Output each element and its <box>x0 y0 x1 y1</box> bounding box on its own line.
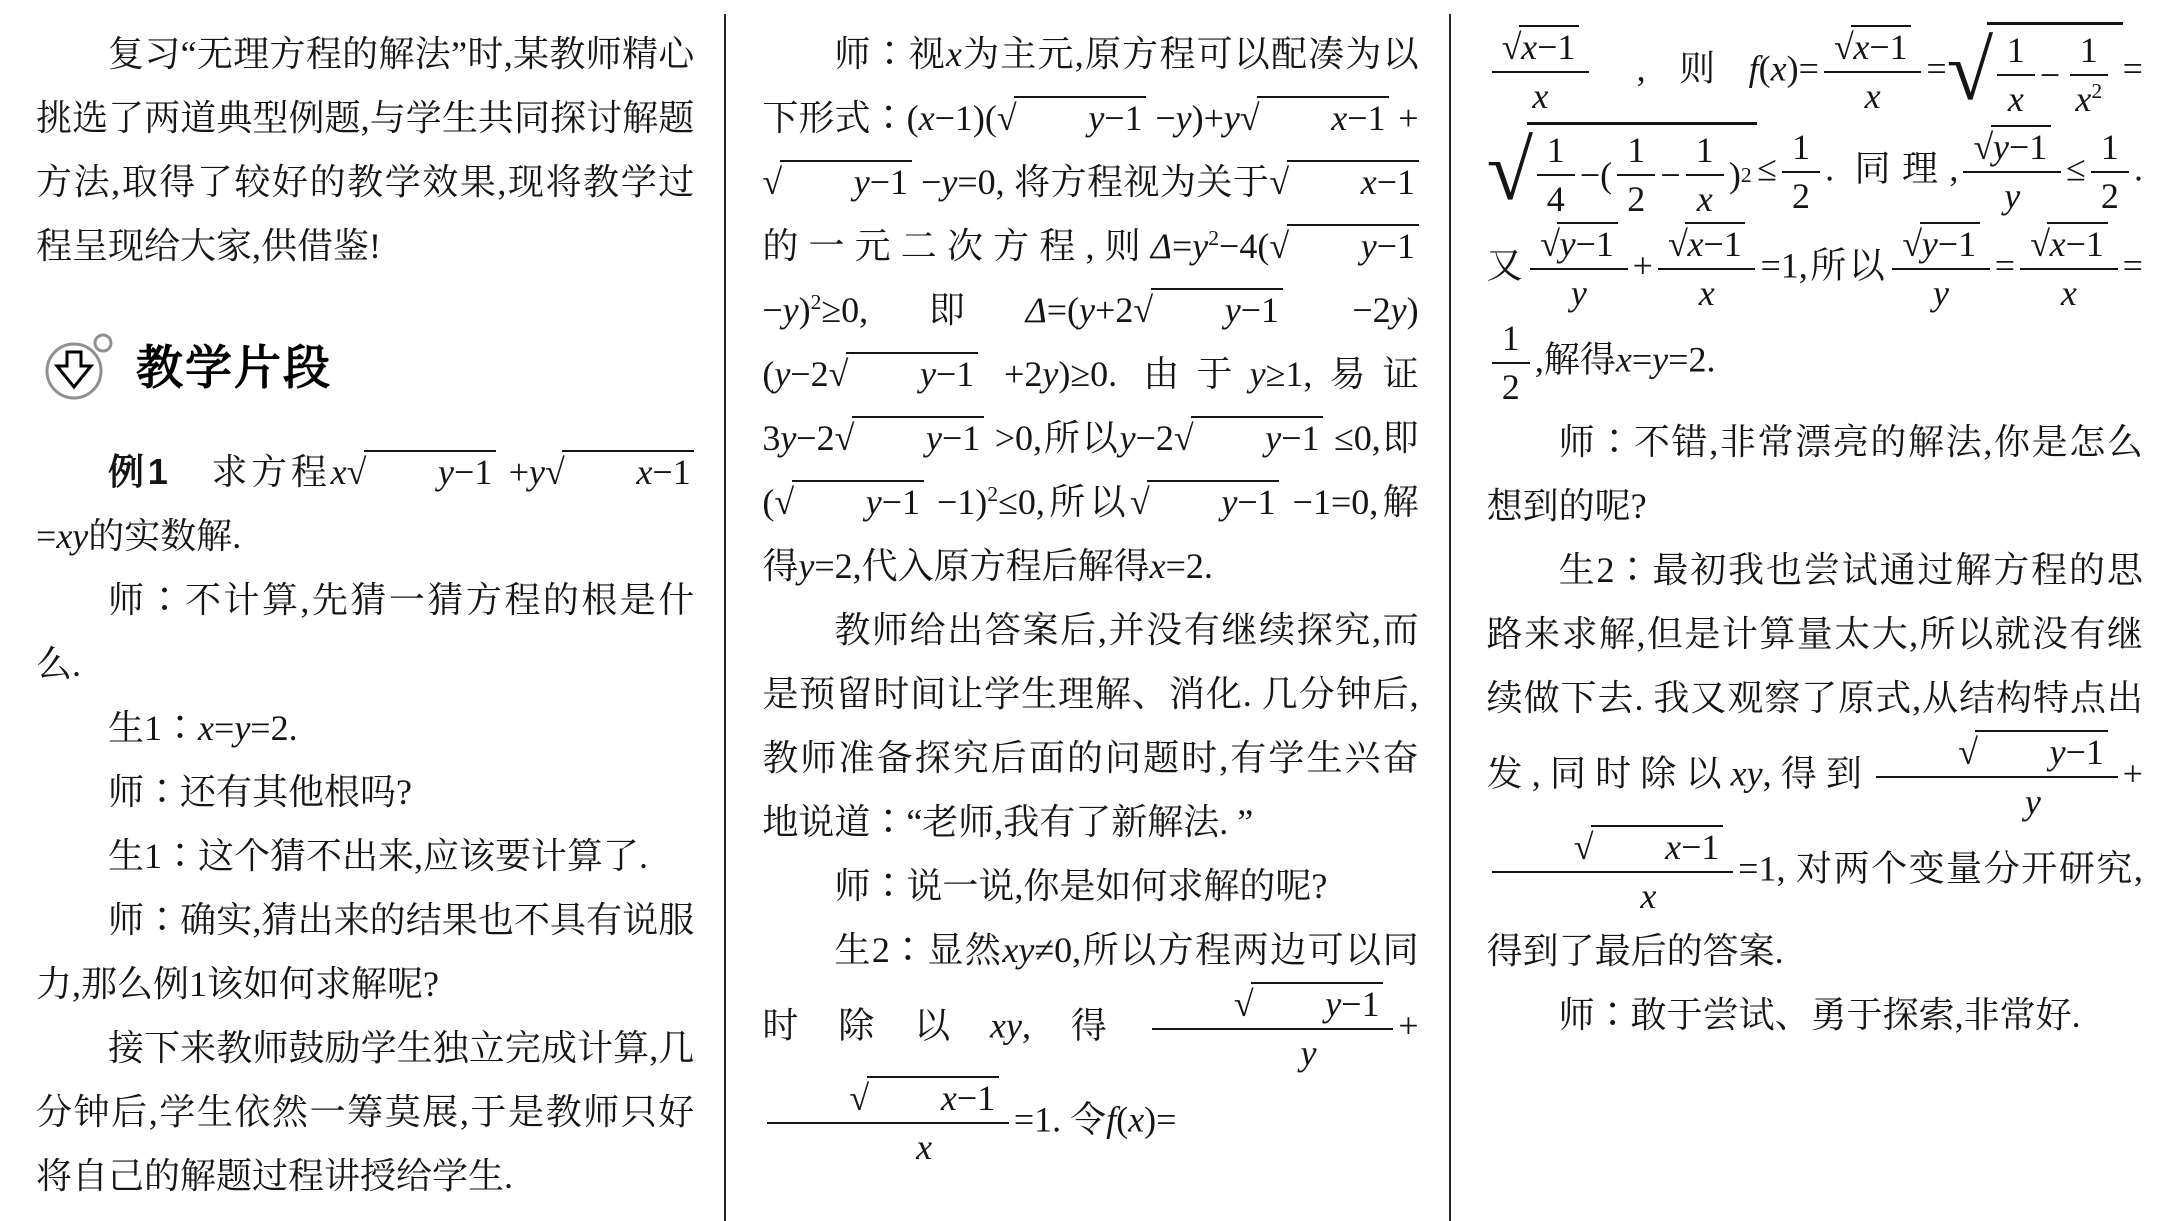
radicand: x−1 <box>1591 825 1723 868</box>
math-variable: x <box>946 34 962 74</box>
math-variable: y <box>926 418 942 458</box>
fraction-numerator: √x−1 <box>1824 25 1921 73</box>
fraction: 12 <box>1492 316 1530 410</box>
superscript: 2 <box>811 290 822 314</box>
radicand: y−1 <box>1557 222 1617 265</box>
radicand: x−1 <box>1851 25 1911 68</box>
fraction-numerator: √x−1 <box>767 1076 1008 1124</box>
radicand: y−1 <box>1920 222 1980 265</box>
circled-down-arrow-icon <box>42 332 120 402</box>
math-variable: y <box>1571 273 1587 313</box>
fraction-numerator: 1 <box>1492 316 1530 364</box>
fraction-numerator: 1 <box>2070 28 2108 76</box>
math-variable: y <box>920 354 936 394</box>
paragraph: 复习“无理方程的解法”时,某教师精心挑选了两道典型例题,与学生共同探讨解题方法,… <box>36 22 694 278</box>
fraction-numerator: 1 <box>2091 125 2129 173</box>
fraction: 14 <box>1537 128 1575 222</box>
radicand: x−1 <box>1257 96 1389 139</box>
fraction-denominator: x <box>834 1124 942 1170</box>
sqrt-expression: √x−1 <box>1240 98 1389 138</box>
math-variable: y <box>1265 418 1281 458</box>
fraction-denominator: x <box>2051 270 2087 316</box>
math-variable: x <box>1853 27 1869 67</box>
fraction: 12 <box>1617 128 1655 222</box>
radicand: y−1 <box>780 160 912 203</box>
math-variable: x <box>331 452 347 492</box>
fraction-denominator: y <box>1561 270 1597 316</box>
superscript: 2 <box>1208 226 1219 250</box>
math-variable: y <box>2004 176 2020 216</box>
radical-sign-icon: √ <box>1947 38 1993 106</box>
paragraph: √x−1x ,则f(x)=√x−1x=√1x−1x2=√14−(12−1x)2≤… <box>1487 22 2143 410</box>
math-variable: y <box>780 418 796 458</box>
sqrt-expression: √y−1 <box>1902 224 1979 264</box>
paragraph: 接下来教师鼓励学生独立完成计算,几分钟后,学生依然一筹莫展,于是教师只好将自己的… <box>36 1016 694 1208</box>
fraction-denominator: y <box>1994 173 2030 219</box>
paragraph: 教师给出答案后,并没有继续探究,而是预留时间让学生理解、消化. 几分钟后,教师准… <box>762 598 1418 854</box>
math-variable: y <box>1225 290 1241 330</box>
sqrt-expression: √y−1 <box>829 354 978 394</box>
radicand: y−1 <box>1991 125 2051 168</box>
math-variable: y <box>1088 98 1104 138</box>
math-variable: x <box>1532 76 1548 116</box>
fraction: √x−1x <box>2020 222 2117 316</box>
fraction-numerator: √x−1 <box>1492 825 1733 873</box>
math-variable: y <box>1391 290 1407 330</box>
fraction-denominator: 2 <box>2091 173 2129 219</box>
sqrt-expression: √y−1 <box>1958 732 2107 772</box>
paragraph: 师∶确实,猜出来的结果也不具有说服力,那么例1该如何求解呢? <box>36 888 694 1016</box>
column-middle: 师∶视x为主元,原方程可以配凑为以下形式∶(x−1)(√y−1 −y)+y√x−… <box>724 14 1448 1221</box>
radicand: 1x−1x2 <box>1987 22 2122 122</box>
math-variable: y <box>1361 226 1377 266</box>
radicand: y−1 <box>1147 480 1279 523</box>
fraction-denominator: 2 <box>1617 176 1655 222</box>
fraction-numerator: 1 <box>1782 125 1820 173</box>
big-sqrt-expression: √1x−1x2 <box>1947 22 2123 122</box>
math-variable: x <box>1150 546 1166 586</box>
fraction: 1x2 <box>2065 28 2112 122</box>
math-variable: y <box>1652 340 1668 380</box>
radicand: y−1 <box>792 480 924 523</box>
sqrt-expression: √y−1 <box>347 452 496 492</box>
sqrt-expression: √y−1 <box>762 162 911 202</box>
fraction-numerator: √x−1 <box>1658 222 1755 270</box>
fraction-denominator: x <box>1855 73 1891 119</box>
radicand: x−1 <box>2047 222 2107 265</box>
math-variable: y <box>1224 98 1240 138</box>
sqrt-expression: √y−1 <box>997 98 1146 138</box>
math-variable: y <box>1933 273 1949 313</box>
fraction: 12 <box>2091 125 2129 219</box>
radicand: x−1 <box>1685 222 1745 265</box>
sqrt-expression: √y−1 <box>1974 127 2051 167</box>
math-variable: x <box>1361 162 1377 202</box>
math-variable: y <box>2025 782 2041 822</box>
fraction-denominator: x <box>1522 73 1558 119</box>
sqrt-expression: √y−1 <box>1130 482 1279 522</box>
math-variable: y <box>1042 354 1058 394</box>
math-variable: x <box>941 1078 957 1118</box>
magazine-page: 复习“无理方程的解法”时,某教师精心挑选了两道典型例题,与学生共同探讨解题方法,… <box>0 0 2173 1221</box>
math-variable: y <box>1560 224 1576 264</box>
math-variable: x <box>1640 876 1656 916</box>
math-variable: y <box>1079 290 1095 330</box>
math-variable: xy <box>56 516 88 556</box>
math-variable: y <box>1120 418 1136 458</box>
paragraph: 生1∶这个猜不出来,应该要计算了. <box>36 824 694 888</box>
math-variable: x <box>1697 179 1713 219</box>
section-heading: 教学片段 <box>42 332 694 402</box>
radicand: y−1 <box>364 450 496 493</box>
math-variable: y <box>1192 226 1208 266</box>
math-variable: y <box>529 452 545 492</box>
math-variable: f <box>1106 1100 1116 1140</box>
radicand: y−1 <box>1151 288 1283 331</box>
math-variable: x <box>1687 224 1703 264</box>
paragraph: 生2∶显然xy≠0,所以方程两边可以同时除以xy,得√y−1y+√x−1x=1.… <box>762 918 1418 1170</box>
radicand: y−1 <box>1191 416 1323 459</box>
paragraph: 师∶敢于尝试、勇于探索,非常好. <box>1487 983 2143 1047</box>
sqrt-expression: √y−1 <box>1174 418 1323 458</box>
math-variable: f <box>1749 48 1759 88</box>
sqrt-expression: √y−1 <box>1540 224 1617 264</box>
fraction: √y−1y <box>1892 222 1989 316</box>
math-variable: x <box>2008 79 2024 119</box>
sqrt-expression: √x−1 <box>1668 224 1745 264</box>
fraction-denominator: y <box>1218 1030 1326 1076</box>
paragraph: 生2∶最初我也尝试通过解方程的思路来求解,但是计算量太大,所以就没有继续做下去.… <box>1487 538 2143 982</box>
paragraph: 生1∶x=y=2. <box>36 696 694 760</box>
fraction: √y−1y <box>1876 730 2117 824</box>
fraction-denominator: x <box>1687 176 1723 222</box>
sqrt-expression: √y−1 <box>1269 226 1418 266</box>
radicand: y−1 <box>1287 224 1419 267</box>
paragraph: 师∶视x为主元,原方程可以配凑为以下形式∶(x−1)(√y−1 −y)+y√x−… <box>762 22 1418 598</box>
math-variable: x <box>198 708 214 748</box>
radicand: x−1 <box>1519 25 1579 68</box>
math-variable: x <box>1771 48 1787 88</box>
fraction: 1x <box>1686 128 1724 222</box>
paragraph: 师∶不错,非常漂亮的解法,你是怎么想到的呢? <box>1487 410 2143 538</box>
fraction-denominator: y <box>1943 778 2051 824</box>
math-variable: x <box>1521 27 1537 67</box>
paragraph: 师∶不计算,先猜一猜方程的根是什么. <box>36 568 694 696</box>
radicand: x−1 <box>1287 160 1419 203</box>
math-variable: x <box>1331 98 1347 138</box>
math-variable: y <box>1922 224 1938 264</box>
superscript: 2 <box>987 482 998 506</box>
math-variable: x <box>1128 1100 1144 1140</box>
math-variable: x <box>1616 340 1632 380</box>
math-variable: x <box>636 452 652 492</box>
math-variable: x <box>1699 273 1715 313</box>
fraction: 1x <box>1997 28 2035 122</box>
radicand: y−1 <box>1975 730 2107 773</box>
fraction: √x−1x <box>1824 25 1921 119</box>
math-variable: x <box>916 1127 932 1167</box>
math-variable: y <box>2050 732 2066 772</box>
radicand: x−1 <box>562 450 694 493</box>
math-variable: x <box>2061 273 2077 313</box>
fraction-numerator: √x−1 <box>1492 25 1589 73</box>
superscript: 2 <box>2091 79 2102 103</box>
math-variable: y <box>1176 98 1192 138</box>
fraction-denominator: 2 <box>1782 173 1820 219</box>
sqrt-expression: √x−1 <box>2030 224 2107 264</box>
paragraph: 师∶说一说,你是如何求解的呢? <box>762 854 1418 918</box>
fraction: √y−1y <box>1963 125 2060 219</box>
radicand: 14−(12−1x)2 <box>1527 122 1757 222</box>
fraction-numerator: √y−1 <box>1876 730 2117 778</box>
radicand: y−1 <box>1014 96 1146 139</box>
radicand: y−1 <box>846 352 978 395</box>
math-variable: y <box>1221 482 1237 522</box>
math-variable: x <box>2050 224 2066 264</box>
radicand: y−1 <box>852 416 984 459</box>
fraction-numerator: 1 <box>1537 128 1575 176</box>
fraction-denominator: 2 <box>1492 364 1530 410</box>
fraction-denominator: x <box>1689 270 1725 316</box>
section-heading-label: 教学片段 <box>136 344 332 391</box>
radical-sign-icon: √ <box>1487 138 1533 206</box>
radicand: x−1 <box>867 1076 999 1119</box>
math-variable: xy <box>990 1005 1022 1045</box>
sqrt-expression: √x−1 <box>1269 162 1418 202</box>
math-variable: Δ <box>1151 226 1172 266</box>
math-variable: y <box>1325 984 1341 1024</box>
fraction-denominator: x <box>1998 76 2034 122</box>
column-left: 复习“无理方程的解法”时,某教师精心挑选了两道典型例题,与学生共同探讨解题方法,… <box>0 14 724 1221</box>
math-variable: xy <box>1731 754 1763 794</box>
sqrt-expression: √x−1 <box>545 452 694 492</box>
math-variable: y <box>1301 1033 1317 1073</box>
fraction: 12 <box>1782 125 1820 219</box>
example-label: 例1 <box>108 451 168 492</box>
math-variable: y <box>438 452 454 492</box>
math-variable: y <box>783 290 799 330</box>
fraction-denominator: 4 <box>1537 176 1575 222</box>
math-variable: xy <box>1002 930 1034 970</box>
sqrt-expression: √y−1 <box>835 418 984 458</box>
fraction: √x−1x <box>1658 222 1755 316</box>
fraction-numerator: 1 <box>1997 28 2035 76</box>
sqrt-expression: √x−1 <box>1502 27 1579 67</box>
math-variable: y <box>234 708 250 748</box>
math-variable: x <box>1665 827 1681 867</box>
fraction: √x−1x <box>767 1076 1008 1170</box>
math-variable: y <box>941 162 957 202</box>
fraction-numerator: √y−1 <box>1963 125 2060 173</box>
fraction-denominator: x <box>1558 873 1666 919</box>
fraction: √y−1y <box>1152 982 1393 1076</box>
column-right: √x−1x ,则f(x)=√x−1x=√1x−1x2=√14−(12−1x)2≤… <box>1449 14 2173 1221</box>
sqrt-expression: √y−1 <box>774 482 923 522</box>
radicand: y−1 <box>1251 982 1383 1025</box>
math-variable: y <box>1250 354 1266 394</box>
math-variable: x <box>2075 79 2091 119</box>
math-variable: x <box>919 98 935 138</box>
fraction-numerator: √y−1 <box>1892 222 1989 270</box>
math-variable: y <box>1993 127 2009 167</box>
fraction-numerator: √y−1 <box>1152 982 1393 1030</box>
fraction: √x−1x <box>1492 25 1589 119</box>
fraction-numerator: √x−1 <box>2020 222 2117 270</box>
fraction: √x−1x <box>1492 825 1733 919</box>
math-variable: y <box>798 546 814 586</box>
fraction-denominator: y <box>1923 270 1959 316</box>
fraction: √y−1y <box>1530 222 1627 316</box>
fraction-numerator: 1 <box>1686 128 1724 176</box>
fraction-numerator: √y−1 <box>1530 222 1627 270</box>
big-sqrt-expression: √14−(12−1x)2 <box>1487 122 1757 222</box>
sqrt-expression: √x−1 <box>1834 27 1911 67</box>
fraction-denominator: x2 <box>2065 76 2112 122</box>
math-variable: y <box>774 354 790 394</box>
fraction-numerator: 1 <box>1617 128 1655 176</box>
math-variable: y <box>866 482 882 522</box>
sqrt-expression: √y−1 <box>1234 984 1383 1024</box>
math-variable: x <box>1865 76 1881 116</box>
sqrt-expression: √x−1 <box>1574 827 1723 867</box>
paragraph: 师∶还有其他根吗? <box>36 760 694 824</box>
math-variable: y <box>854 162 870 202</box>
paragraph: 例1 求方程x√y−1 +y√x−1 =xy的实数解. <box>36 440 694 568</box>
math-variable: Δ <box>1026 290 1047 330</box>
sqrt-expression: √y−1 <box>1133 290 1282 330</box>
sqrt-expression: √x−1 <box>849 1078 998 1118</box>
